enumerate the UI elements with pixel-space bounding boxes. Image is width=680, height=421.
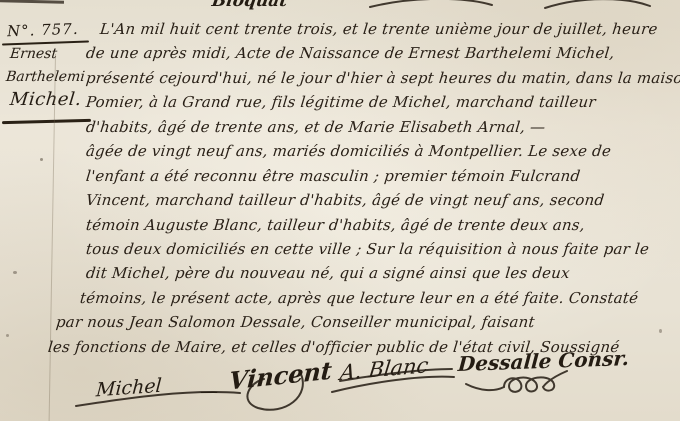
- act-number: N°. 757.: [7, 20, 79, 40]
- act-line: l'enfant a été reconnu être masculin ; p…: [85, 164, 680, 188]
- act-line: Pomier, à la Grand rue, fils légitime de…: [85, 90, 680, 114]
- act-line: témoin Auguste Blanc, tailleur d'habits,…: [85, 213, 680, 237]
- act-line: L'An mil huit cent trente trois, et le t…: [99, 17, 680, 41]
- act-line: présenté cejourd'hui, né le jour d'hier …: [85, 66, 680, 90]
- act-line: âgée de vingt neuf ans, mariés domicilié…: [85, 139, 680, 163]
- previous-act-fragment: Bloquat: [211, 0, 289, 11]
- act-line: de une après midi, Acte de Naissance de …: [85, 41, 680, 65]
- signature-michel: Michel: [95, 375, 162, 402]
- child-surname: Michel.: [9, 89, 86, 110]
- ink-speck: [13, 271, 17, 274]
- ink-speck: [659, 329, 662, 333]
- child-first-name: Ernest: [9, 46, 85, 62]
- act-line: tous deux domiciliés en cette ville ; Su…: [85, 237, 680, 261]
- margin-child-name: Ernest Barthelemi Michel.: [10, 46, 85, 110]
- act-line: d'habits, âgé de trente ans, et de Marie…: [85, 115, 680, 139]
- signature-separator-dash: —: [200, 381, 218, 402]
- ink-speck: [40, 158, 43, 161]
- act-line: par nous Jean Salomon Dessale, Conseille…: [55, 310, 680, 334]
- child-middle-name: Barthelemi: [5, 69, 85, 85]
- ink-speck: [6, 334, 9, 337]
- act-body-text: L'An mil huit cent trente trois, et le t…: [86, 17, 678, 359]
- act-line: témoins, le présent acte, après que lect…: [79, 286, 680, 310]
- act-line: dit Michel, père du nouveau né, qui a si…: [85, 261, 680, 285]
- act-line: Vincent, marchand tailleur d'habits, âgé…: [85, 188, 680, 212]
